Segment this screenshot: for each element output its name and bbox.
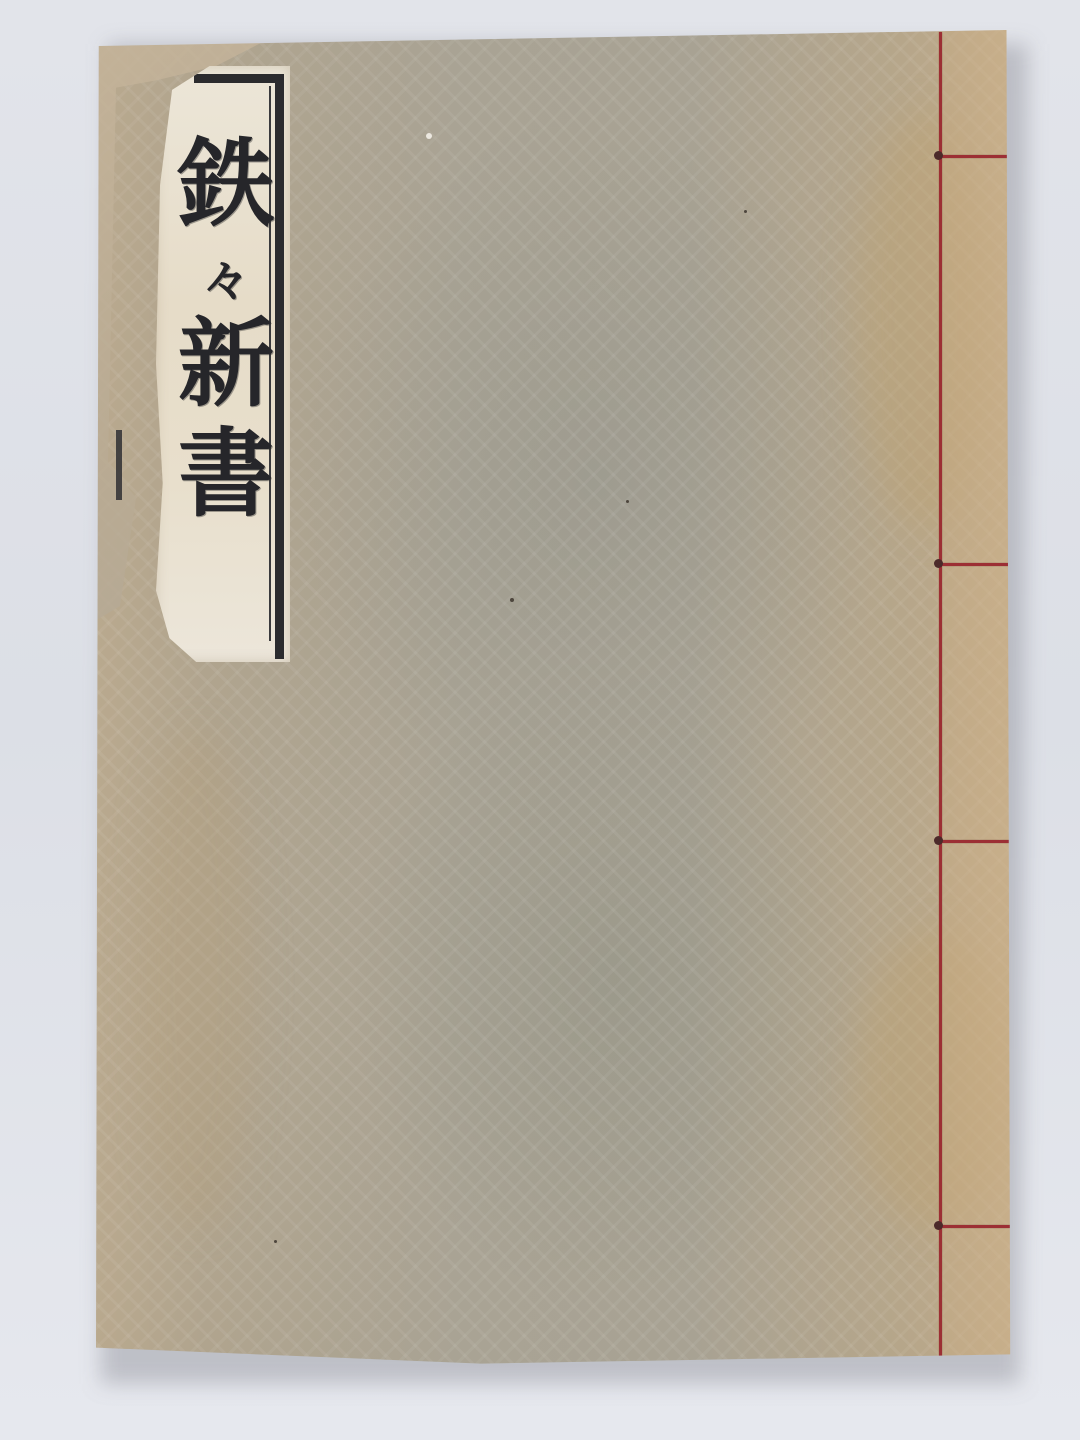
ink-speck (744, 210, 747, 213)
binding-stitch-1 (939, 155, 1012, 158)
stitch-hole (934, 559, 943, 568)
ink-speck (510, 598, 514, 602)
slip-border-right (275, 74, 284, 659)
ink-speck (626, 500, 629, 503)
title-char-3: 新 (178, 316, 274, 426)
title-char-1: 鉄 (178, 136, 274, 246)
slip-border-top (194, 74, 284, 83)
title-slip: 鉄 々 新 書 (156, 66, 290, 662)
slip-left-rule-fragment (116, 430, 122, 500)
binding-stitch-3 (939, 840, 1012, 843)
ink-speck (274, 1240, 277, 1243)
book-title: 鉄 々 新 書 (176, 136, 276, 536)
binding-stitch-2 (939, 563, 1012, 566)
binding-margin (938, 30, 1012, 1365)
binding-stitch-4 (939, 1225, 1012, 1228)
title-char-4: 書 (178, 426, 274, 536)
book-cover: 鉄 々 新 書 (96, 30, 1012, 1365)
binding-thread-vertical (939, 32, 942, 1367)
water-stain (136, 730, 256, 1230)
stitch-hole (934, 1221, 943, 1230)
title-char-2-iteration-mark: 々 (202, 246, 250, 316)
paper-speck (426, 133, 432, 139)
stitch-hole (934, 836, 943, 845)
stitch-hole (934, 151, 943, 160)
